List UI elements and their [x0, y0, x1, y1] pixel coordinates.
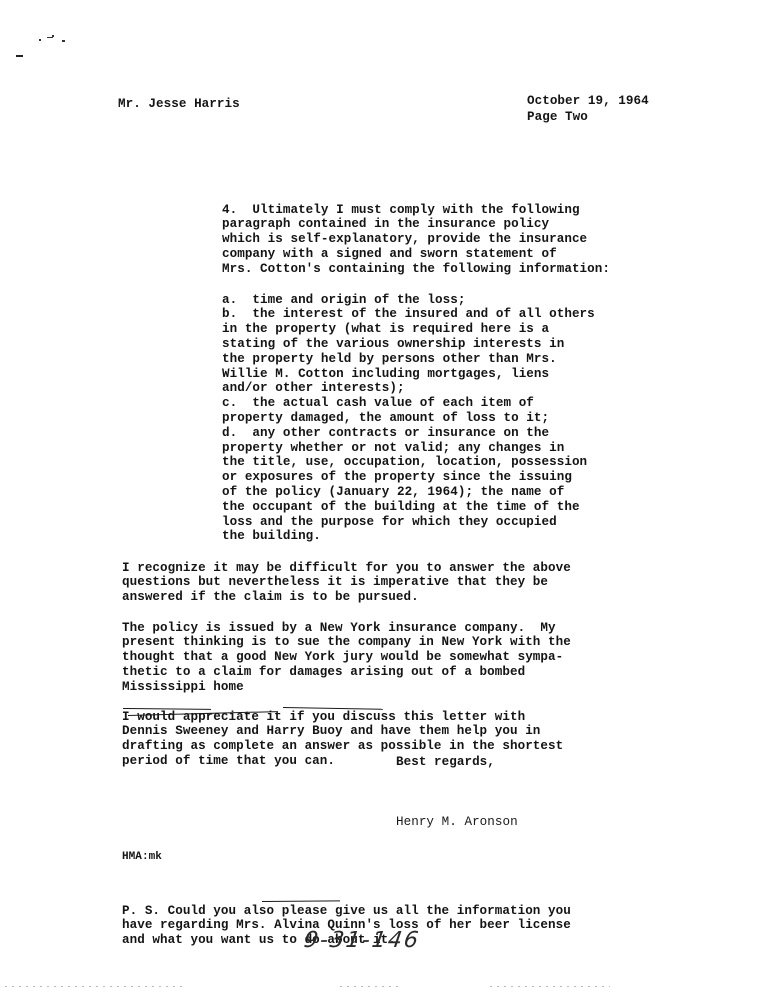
text-line: in the property (what is required here i… — [222, 322, 595, 337]
text-line: of the policy (January 22, 1964); the na… — [222, 485, 595, 500]
text-line: paragraph contained in the insurance pol… — [222, 217, 610, 232]
text-line: present thinking is to sue the company i… — [122, 635, 571, 650]
discuss-paragraph: I would appreciate it if you discuss thi… — [122, 680, 563, 798]
text-line: loss and the purpose for which they occu… — [222, 515, 595, 530]
text-line: company with a signed and sworn statemen… — [222, 247, 610, 262]
scan-speck — [52, 35, 54, 37]
scan-artifact — [5, 986, 185, 987]
text-line: which is self-explanatory, provide the i… — [222, 232, 610, 247]
text-line: period of time that you can. — [122, 754, 563, 769]
scan-speck — [39, 39, 41, 41]
typist-initials: HMA:mk — [122, 850, 162, 865]
scan-artifact — [340, 986, 400, 987]
list-item-c: c. the actual cash value of each item of — [222, 396, 595, 411]
text-line: or exposures of the property since the i… — [222, 470, 595, 485]
recipient-name: Mr. Jesse Harris — [118, 97, 240, 112]
letter-page: Mr. Jesse Harris October 19, 1964 Page T… — [0, 0, 763, 990]
text-line: and/or other interests); — [222, 381, 595, 396]
text-line: questions but nevertheless it is imperat… — [122, 575, 571, 590]
text-line: the occupant of the building at the time… — [222, 500, 595, 515]
text-line: the property held by persons other than … — [222, 352, 595, 367]
list-item-a: a. time and origin of the loss; — [222, 293, 595, 308]
letter-date: October 19, 1964 — [527, 94, 649, 109]
scan-speck — [47, 37, 53, 38]
policy-requirements-list: a. time and origin of the loss;b. the in… — [222, 263, 595, 574]
handwritten-file-number: 9-31-146 — [302, 928, 421, 953]
text-line: property damaged, the amount of loss to … — [222, 411, 595, 426]
text-line: I recognize it may be difficult for you … — [122, 561, 571, 576]
text-line: I would appreciate it if you discuss thi… — [122, 710, 563, 725]
list-item-d: d. any other contracts or insurance on t… — [222, 426, 595, 441]
page-number: Page Two — [527, 110, 588, 125]
text-line: drafting as complete an answer as possib… — [122, 739, 563, 754]
text-line: Willie M. Cotton including mortgages, li… — [222, 367, 595, 382]
scan-artifact — [490, 986, 610, 987]
text-line: The policy is issued by a New York insur… — [122, 621, 571, 636]
signer-name: Henry M. Aronson — [396, 815, 518, 830]
text-line: Dennis Sweeney and Harry Buoy and have t… — [122, 724, 563, 739]
postscript: P. S. Could you also please give us all … — [122, 874, 571, 978]
text-line: property whether or not valid; any chang… — [222, 441, 595, 456]
closing-salutation: Best regards, — [396, 755, 495, 770]
text-line: thought that a good New York jury would … — [122, 650, 571, 665]
text-line: stating of the various ownership interes… — [222, 337, 595, 352]
scan-speck — [62, 40, 65, 42]
text-line: P. S. Could you also please give us all … — [122, 904, 571, 919]
list-item-b: b. the interest of the insured and of al… — [222, 307, 595, 322]
scan-speck — [16, 55, 23, 57]
text-line: thetic to a claim for damages arising ou… — [122, 665, 571, 680]
text-line: 4. Ultimately I must comply with the fol… — [222, 203, 610, 218]
text-line: the title, use, occupation, location, po… — [222, 455, 595, 470]
